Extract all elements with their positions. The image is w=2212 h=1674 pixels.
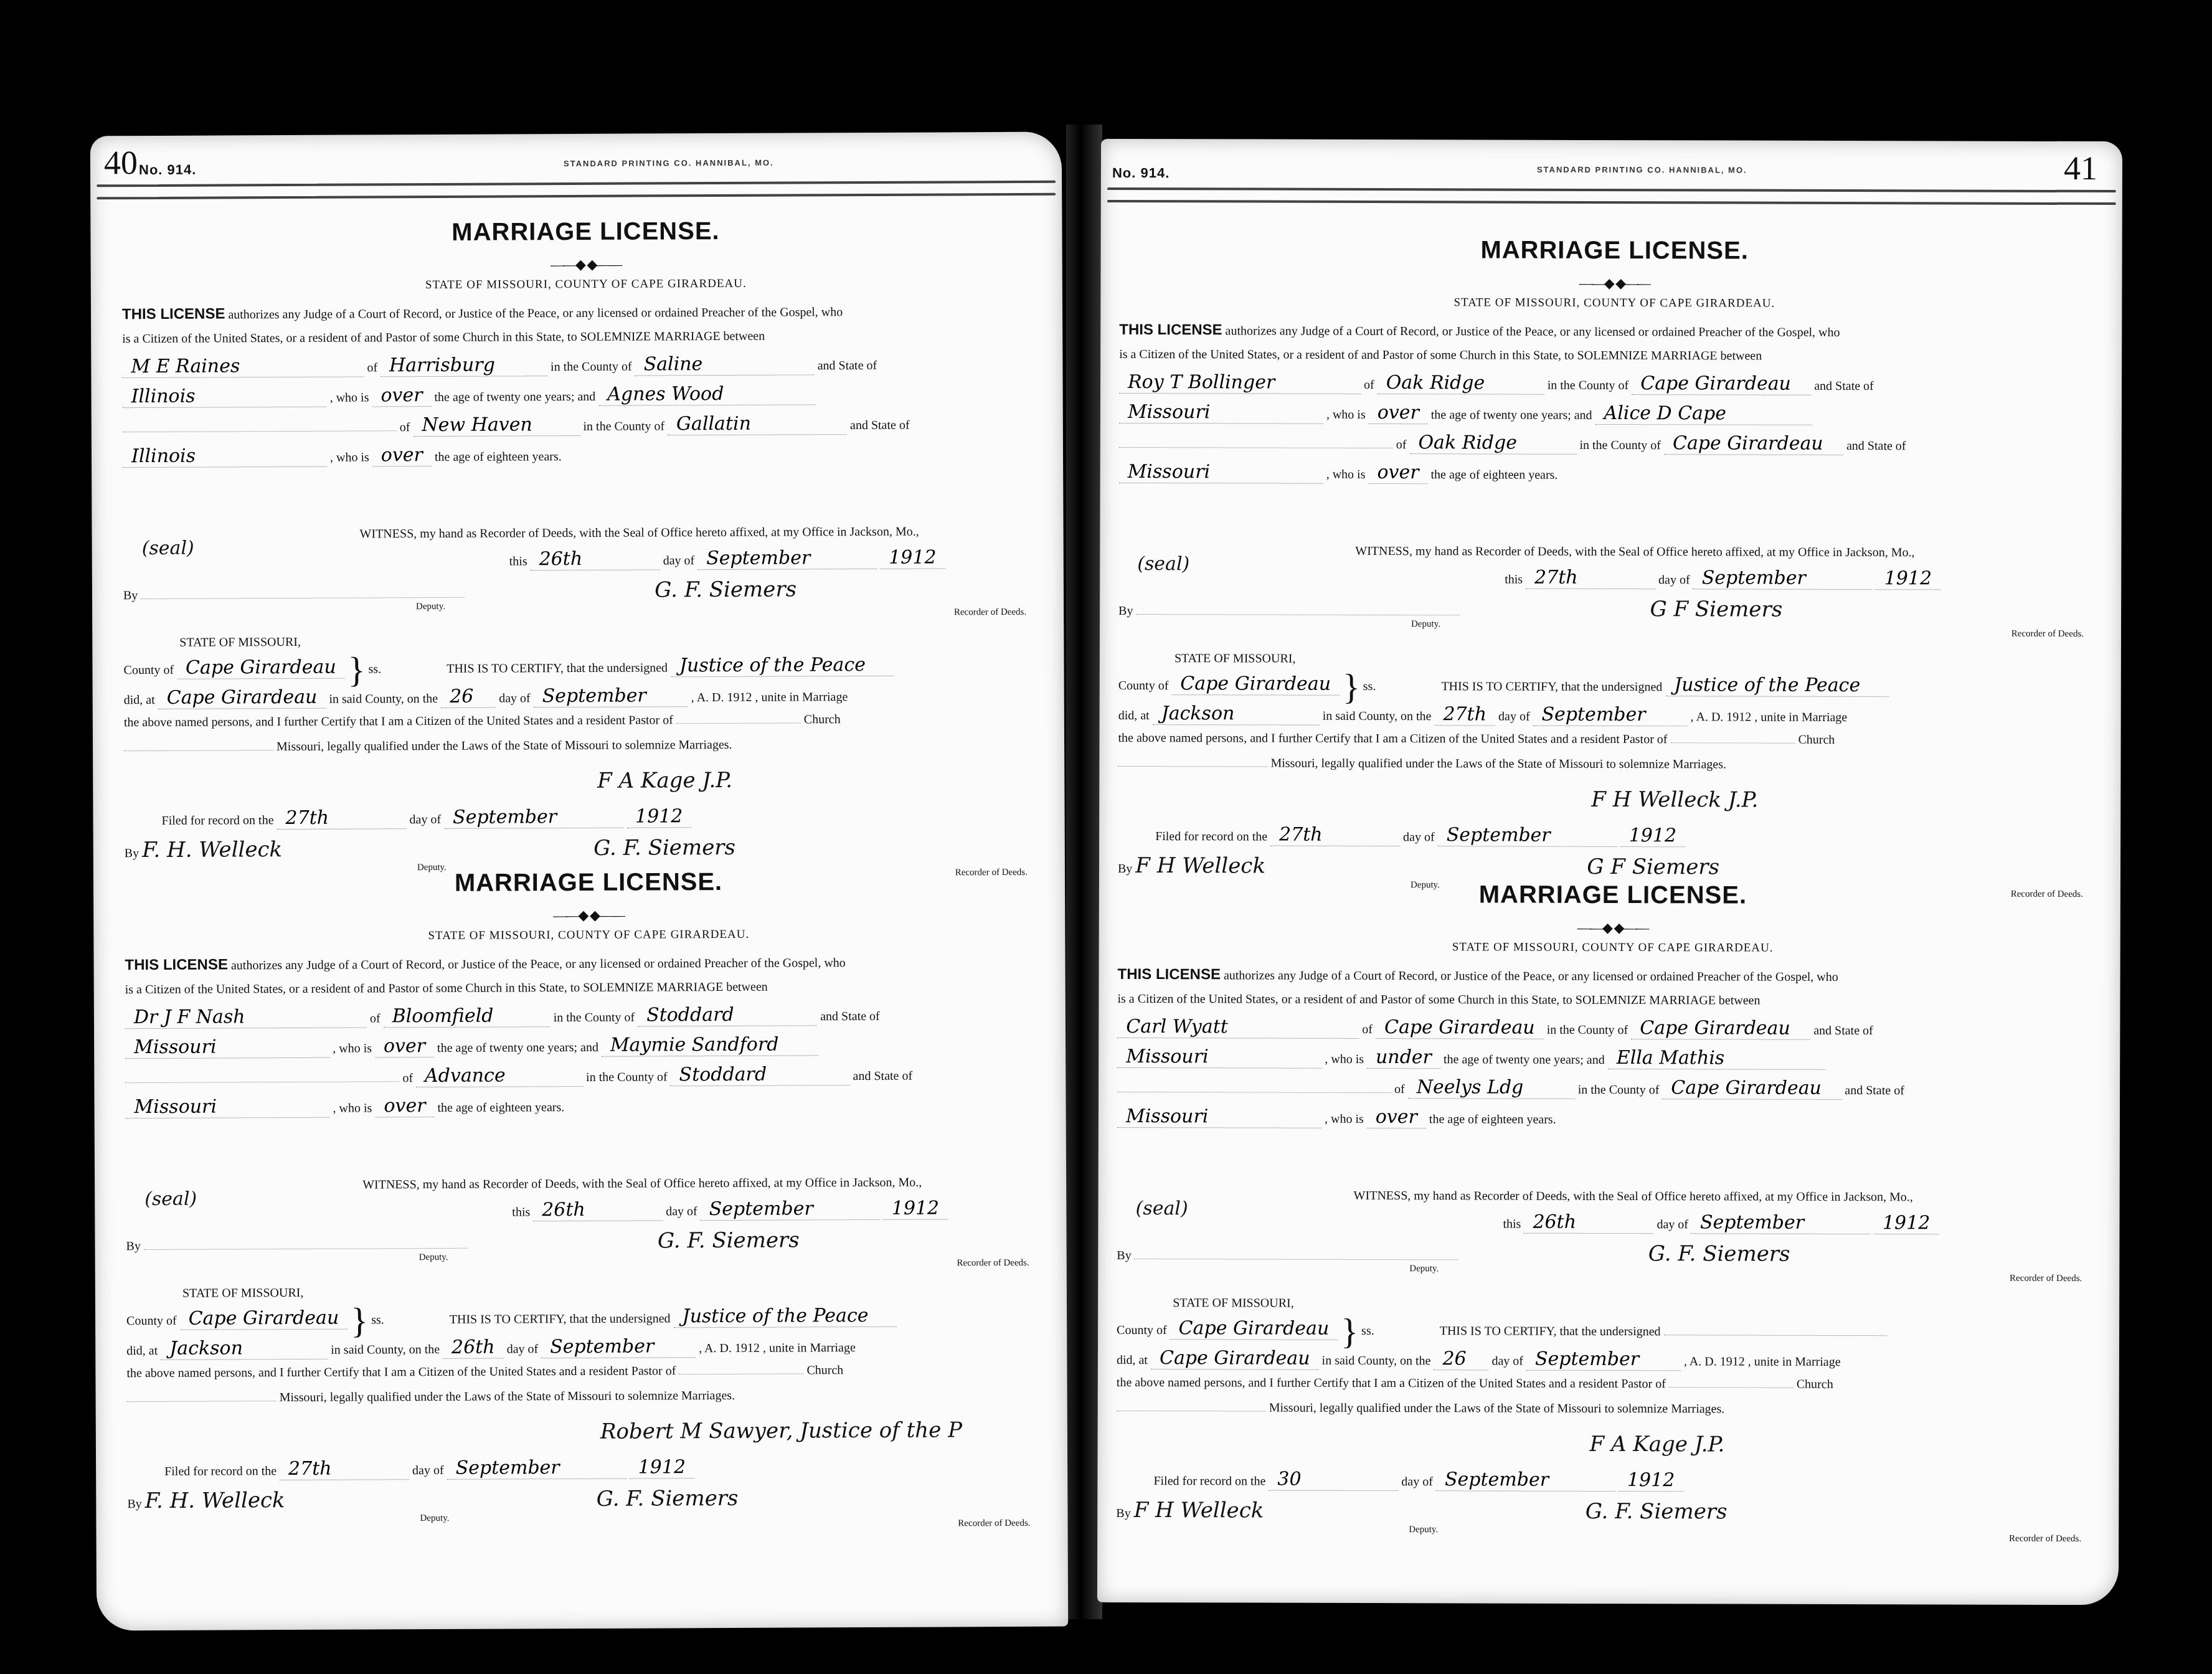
cert-year: 1912: [1720, 1355, 1745, 1368]
bride-state: Missouri: [1119, 461, 1323, 484]
cert-county: Cape Girardeau: [180, 1307, 348, 1330]
filed-year: 1912: [630, 1456, 695, 1478]
cert-further-line: the above named persons, and I further C…: [124, 712, 1052, 731]
filed-day: 27th: [276, 806, 406, 830]
cert-place: Cape Girardeau: [158, 686, 326, 709]
filed-line: Filed for record on the 27th day of Sept…: [164, 1455, 1055, 1481]
witness-month: September: [701, 1198, 880, 1221]
groom-county: Cape Girardeau: [1631, 1017, 1810, 1040]
groom-line: Dr J F Nash of Bloomfield in the County …: [125, 1003, 1053, 1029]
register-page-left: 40 No. 914. STANDARD PRINTING CO. HANNIB…: [90, 132, 1068, 1631]
filed-day: 27th: [1270, 824, 1400, 847]
officiant-line: Robert M Sawyer, Justice of the P: [600, 1417, 1055, 1444]
license-title: MARRIAGE LICENSE.: [125, 867, 1052, 899]
cert-day: 27th: [1434, 703, 1495, 726]
cert-qualified-line: Missouri, legally qualified under the La…: [1117, 1401, 2107, 1417]
license-preamble-1: THIS LICENSE authorizes any Judge of a C…: [122, 302, 1050, 324]
cert-qualified-line: Missouri, legally qualified under the La…: [1118, 756, 2108, 773]
recorder-line: By G. F. Siemers: [126, 1227, 1054, 1256]
groom-county: Cape Girardeau: [1632, 372, 1811, 395]
marriage-license: MARRIAGE LICENSE. ——◆ ◆—— STATE OF MISSO…: [121, 216, 1052, 892]
filed-day: 27th: [280, 1457, 409, 1480]
groom-age: over: [375, 1035, 434, 1057]
license-lead: THIS LICENSE: [1118, 966, 1221, 983]
license-preamble-1: THIS LICENSE authorizes any Judge of a C…: [1118, 966, 2108, 986]
groom-county: Stoddard: [638, 1003, 817, 1026]
groom-age-line: Missouri , who is under the age of twent…: [1117, 1046, 2107, 1071]
cert-further-line: the above named persons, and I further C…: [1117, 1376, 2107, 1393]
page-number: 41: [2064, 149, 2097, 187]
cert-county: Cape Girardeau: [1171, 673, 1340, 696]
deputy-caption: Deputy.: [1409, 1525, 1438, 1535]
groom-line: Roy T Bollinger of Oak Ridge in the Coun…: [1119, 371, 2109, 396]
cert-month: September: [1526, 1348, 1681, 1371]
witness-month: September: [697, 547, 877, 570]
marriage-license: MARRIAGE LICENSE. ——◆ ◆—— STATE OF MISSO…: [1118, 235, 2110, 910]
witness-line: WITNESS, my hand as Recorder of Deeds, w…: [1354, 1189, 2107, 1205]
filed-recorder-signature: G F Siemers: [1587, 854, 1719, 880]
groom-line: Carl Wyatt of Cape Girardeau in the Coun…: [1117, 1016, 2107, 1041]
officiant-title: Justice of the Peace: [671, 654, 894, 678]
witness-year: 1912: [1874, 1212, 1939, 1234]
witness-day: 26th: [533, 1198, 663, 1221]
seal-mark: (seal): [144, 1188, 197, 1210]
cert-year: 1912: [1726, 710, 1751, 724]
cert-county: Cape Girardeau: [1170, 1317, 1338, 1340]
cert-day: 26: [1434, 1348, 1488, 1370]
witness-date: this 26th day of September 1912: [509, 546, 1051, 571]
brace: }: [351, 1300, 368, 1341]
witness-date: this 26th day of September 1912: [512, 1197, 1054, 1222]
officiant-signature: Robert M Sawyer, Justice of the P: [600, 1417, 962, 1444]
bride-state: Missouri: [1117, 1105, 1321, 1128]
license-jurisdiction: STATE OF MISSOURI, COUNTY OF CAPE GIRARD…: [122, 276, 1050, 294]
witness-month: September: [1691, 1211, 1871, 1234]
groom-county: Saline: [635, 352, 815, 376]
seal-mark: (seal): [142, 537, 194, 559]
filed-recorder-signature: G. F. Siemers: [1586, 1499, 1728, 1525]
officiant-signature: F A Kage J.P.: [1590, 1432, 1725, 1457]
recorder-line: By G. F. Siemers: [123, 576, 1051, 605]
cert-place-line: did, at Jackson in said County, on the 2…: [1118, 702, 2109, 727]
bride-town: Advance: [416, 1064, 583, 1087]
license-jurisdiction: STATE OF MISSOURI, COUNTY OF CAPE GIRARD…: [1119, 295, 2109, 311]
filed-year: 1912: [1619, 1469, 1683, 1492]
deputy-signature: F. H. Welleck: [145, 1487, 419, 1513]
book-gutter: [1066, 125, 1102, 1619]
marriage-license: MARRIAGE LICENSE. ——◆ ◆—— STATE OF MISSO…: [1116, 880, 2108, 1555]
groom-name: Carl Wyatt: [1117, 1016, 1359, 1039]
bride-name: Ella Mathis: [1608, 1047, 1825, 1070]
ornament-divider: ——◆ ◆——: [122, 255, 1050, 275]
groom-town: Cape Girardeau: [1376, 1016, 1544, 1039]
officiant-title: Justice of the Peace: [674, 1305, 897, 1328]
cert-year: 1912: [735, 1341, 760, 1355]
groom-age: over: [372, 384, 431, 407]
witness-year: 1912: [880, 546, 945, 569]
brace: }: [348, 650, 366, 690]
filed-year: 1912: [626, 805, 692, 828]
license-lead: THIS LICENSE: [122, 305, 225, 323]
filed-month: September: [1436, 1468, 1615, 1492]
recorder-caption: Recorder of Deeds.: [958, 1518, 1030, 1530]
cert-further-line: the above named persons, and I further C…: [1118, 731, 2109, 748]
witness-day: 26th: [531, 547, 660, 570]
license-preamble-2: is a Citizen of the United States, or a …: [122, 328, 1050, 347]
license-preamble-2: is a Citizen of the United States, or a …: [125, 979, 1053, 998]
header-rule: [1107, 187, 2116, 192]
cert-state: STATE OF MISSOURI,: [182, 1283, 1054, 1301]
brace: }: [1343, 666, 1360, 707]
groom-age-line: Illinois , who is over the age of twenty…: [123, 382, 1051, 409]
header-rule: [97, 193, 1056, 200]
ornament-divider: ——◆ ◆——: [125, 906, 1052, 926]
cert-qualified-line: Missouri, legally qualified under the La…: [124, 737, 1052, 755]
bride-line: of Oak Ridge in the County of Cape Girar…: [1119, 431, 2109, 456]
witness-year: 1912: [1876, 567, 1940, 590]
form-number: No. 914.: [1112, 165, 1170, 181]
groom-name: Dr J F Nash: [125, 1005, 367, 1029]
brace: }: [1341, 1311, 1358, 1351]
witness-line: WITNESS, my hand as Recorder of Deeds, w…: [360, 524, 1051, 542]
bride-age: over: [372, 444, 432, 466]
seal-mark: (seal): [1137, 553, 1189, 575]
cert-year: 1912: [727, 691, 752, 704]
witness-date: this 26th day of September 1912: [1503, 1211, 2107, 1236]
groom-age-line: Missouri , who is over the age of twenty…: [1119, 401, 2109, 426]
printer-imprint: STANDARD PRINTING CO. HANNIBAL, MO.: [564, 158, 774, 168]
groom-town: Harrisburg: [380, 354, 547, 377]
bride-age-line: Missouri , who is over the age of eighte…: [125, 1092, 1053, 1119]
bride-state: Illinois: [123, 445, 327, 468]
filed-line: Filed for record on the 27th day of Sept…: [161, 804, 1052, 830]
groom-name: Roy T Bollinger: [1119, 371, 1361, 394]
license-title: MARRIAGE LICENSE.: [1120, 235, 2110, 266]
bride-town: Oak Ridge: [1409, 432, 1576, 455]
printer-imprint: STANDARD PRINTING CO. HANNIBAL, MO.: [1537, 165, 1747, 175]
marriage-license: MARRIAGE LICENSE. ——◆ ◆—— STATE OF MISSO…: [125, 867, 1056, 1543]
officiant-line: F A Kage J.P.: [1590, 1432, 2107, 1458]
officiant-title: [1664, 1335, 1887, 1336]
cert-month: September: [541, 1335, 696, 1358]
bride-age: over: [375, 1095, 434, 1117]
filed-by-line: By F H Welleck G F Siemers: [1118, 853, 2108, 881]
cert-day: 26th: [443, 1336, 504, 1359]
groom-town: Oak Ridge: [1378, 372, 1544, 395]
cert-state: STATE OF MISSOURI,: [1173, 1296, 2107, 1313]
ornament-divider: ——◆ ◆——: [1118, 919, 2108, 937]
groom-state: Illinois: [123, 385, 327, 408]
groom-line: M E Raines of Harrisburg in the County o…: [122, 352, 1050, 379]
recorder-signature: G. F. Siemers: [655, 577, 796, 602]
bride-line: of Advance in the County of Stoddard and…: [125, 1062, 1053, 1089]
filed-year: 1912: [1620, 825, 1685, 847]
officiant-signature: F A Kage J.P.: [597, 768, 732, 793]
witness-date: this 27th day of September 1912: [1505, 567, 2109, 591]
groom-age: under: [1367, 1046, 1440, 1069]
filed-month: September: [1438, 824, 1617, 847]
license-preamble-2: is a Citizen of the United States, or a …: [1119, 348, 2109, 364]
bride-county: Cape Girardeau: [1662, 1077, 1841, 1100]
groom-name: M E Raines: [122, 355, 364, 379]
header-rule: [97, 181, 1056, 187]
ornament-divider: ——◆ ◆——: [1119, 274, 2109, 293]
license-jurisdiction: STATE OF MISSOURI, COUNTY OF CAPE GIRARD…: [125, 927, 1052, 945]
license-title: MARRIAGE LICENSE.: [1118, 880, 2108, 910]
recorder-signature: G. F. Siemers: [658, 1227, 800, 1253]
recorder-line: By G. F. Siemers: [1117, 1240, 2107, 1267]
header-rule: [1107, 200, 2116, 205]
cert-day: 26: [441, 686, 496, 708]
witness-day: 27th: [1526, 567, 1655, 590]
bride-age: over: [1368, 461, 1427, 484]
groom-state: Missouri: [1119, 401, 1323, 424]
filed-day: 30: [1269, 1468, 1398, 1492]
bride-age-line: Illinois , who is over the age of eighte…: [123, 442, 1051, 468]
recorder-caption: Recorder of Deeds.: [957, 1258, 1029, 1269]
filed-recorder-signature: G. F. Siemers: [593, 835, 735, 861]
cert-state: STATE OF MISSOURI,: [179, 632, 1051, 650]
recorder-caption: Recorder of Deeds.: [2010, 1274, 2082, 1284]
groom-state: Missouri: [1117, 1046, 1321, 1069]
cert-county-line: County of Cape Girardeau } ss. THIS IS T…: [126, 1304, 1054, 1335]
groom-town: Bloomfield: [384, 1005, 551, 1028]
cert-county-line: County of Cape Girardeau } ss. THIS IS T…: [1118, 673, 2109, 702]
officiant-title: Justice of the Peace: [1665, 674, 1888, 697]
register-page-right: No. 914. STANDARD PRINTING CO. HANNIBAL,…: [1097, 139, 2122, 1605]
groom-age-line: Missouri , who is over the age of twenty…: [125, 1033, 1053, 1059]
cert-county: Cape Girardeau: [177, 656, 345, 679]
recorder-caption: Recorder of Deeds.: [2009, 1534, 2081, 1544]
filed-recorder-signature: G. F. Siemers: [597, 1486, 739, 1511]
recorder-caption: Recorder of Deeds.: [954, 607, 1026, 618]
cert-place-line: did, at Cape Girardeau in said County, o…: [1117, 1347, 2107, 1372]
bride-name: Agnes Wood: [598, 382, 815, 406]
groom-state: Missouri: [125, 1036, 329, 1059]
filed-by-line: By F H Welleck G. F. Siemers: [1116, 1498, 2106, 1525]
witness-year: 1912: [883, 1197, 948, 1219]
deputy-signature: F H Welleck: [1134, 1498, 1408, 1523]
groom-age: over: [1369, 402, 1428, 424]
filed-month: September: [447, 1457, 626, 1480]
bride-line: of Neelys Ldg in the County of Cape Gira…: [1117, 1076, 2107, 1100]
witness-line: WITNESS, my hand as Recorder of Deeds, w…: [1355, 544, 2109, 560]
deputy-caption: Deputy.: [419, 1252, 448, 1263]
cert-place: Jackson: [161, 1337, 328, 1360]
cert-place-line: did, at Jackson in said County, on the 2…: [126, 1334, 1054, 1361]
officiant-signature: F H Welleck J.P.: [1591, 787, 1758, 813]
filed-by-line: By F. H. Welleck G. F. Siemers: [127, 1485, 1055, 1514]
recorder-signature: G F Siemers: [1650, 597, 1782, 622]
bride-age-line: Missouri , who is over the age of eighte…: [1117, 1105, 2107, 1130]
recorder-line: By G F Siemers: [1118, 595, 2109, 623]
bride-town: New Haven: [413, 414, 580, 437]
witness-month: September: [1693, 567, 1873, 590]
witness-line: WITNESS, my hand as Recorder of Deeds, w…: [362, 1175, 1054, 1193]
bride-town: Neelys Ldg: [1408, 1076, 1575, 1099]
deputy-signature: F H Welleck: [1135, 853, 1409, 879]
bride-state: Missouri: [125, 1095, 329, 1118]
license-preamble-2: is a Citizen of the United States, or a …: [1117, 992, 2107, 1009]
filed-line: Filed for record on the 27th day of Sept…: [1155, 823, 2108, 848]
cert-state: STATE OF MISSOURI,: [1175, 651, 2109, 668]
bride-name: Alice D Cape: [1595, 402, 1812, 425]
deputy-caption: Deputy.: [1411, 619, 1440, 630]
recorder-caption: Recorder of Deeds.: [2011, 629, 2084, 640]
officiant-line: F H Welleck J.P.: [1591, 787, 2108, 813]
filed-line: Filed for record on the 30 day of Septem…: [1153, 1468, 2106, 1493]
deputy-caption: Deputy.: [416, 602, 445, 612]
cert-county-line: County of Cape Girardeau } ss. THIS IS T…: [1117, 1317, 2107, 1346]
cert-qualified-line: Missouri, legally qualified under the La…: [127, 1388, 1055, 1406]
bride-age: over: [1367, 1106, 1426, 1128]
deputy-caption: Deputy.: [1409, 1264, 1439, 1274]
form-number: No. 914.: [139, 162, 196, 178]
license-jurisdiction: STATE OF MISSOURI, COUNTY OF CAPE GIRARD…: [1118, 940, 2108, 956]
filed-month: September: [444, 806, 623, 829]
cert-county-line: County of Cape Girardeau } ss. THIS IS T…: [123, 653, 1051, 684]
officiant-line: F A Kage J.P.: [597, 767, 1052, 793]
bride-name: Maymie Sandford: [602, 1033, 818, 1057]
cert-place: Jackson: [1153, 702, 1320, 726]
cert-place-line: did, at Cape Girardeau in said County, o…: [124, 683, 1052, 710]
license-preamble-1: THIS LICENSE authorizes any Judge of a C…: [125, 953, 1053, 975]
cert-month: September: [534, 684, 688, 707]
license-preamble-1: THIS LICENSE authorizes any Judge of a C…: [1119, 321, 2109, 341]
page-number: 40: [104, 143, 138, 182]
seal-mark: (seal): [1136, 1198, 1188, 1219]
witness-day: 26th: [1524, 1211, 1653, 1234]
recorder-signature: G. F. Siemers: [1648, 1241, 1790, 1267]
license-lead: THIS LICENSE: [1119, 321, 1222, 338]
filed-by-line: By F. H. Welleck G. F. Siemers: [125, 834, 1052, 863]
deputy-caption: Deputy.: [420, 1513, 449, 1524]
bride-county: Stoddard: [671, 1063, 850, 1086]
bride-line: of New Haven in the County of Gallatin a…: [123, 412, 1051, 438]
cert-month: September: [1533, 704, 1688, 727]
deputy-signature: F. H. Welleck: [142, 836, 416, 863]
cert-further-line: the above named persons, and I further C…: [126, 1363, 1054, 1381]
cert-place: Cape Girardeau: [1151, 1347, 1319, 1370]
bride-age-line: Missouri , who is over the age of eighte…: [1119, 461, 2109, 486]
license-lead: THIS LICENSE: [125, 956, 228, 973]
bride-county: Gallatin: [668, 412, 847, 435]
bride-county: Cape Girardeau: [1664, 432, 1843, 455]
license-title: MARRIAGE LICENSE.: [121, 216, 1049, 248]
